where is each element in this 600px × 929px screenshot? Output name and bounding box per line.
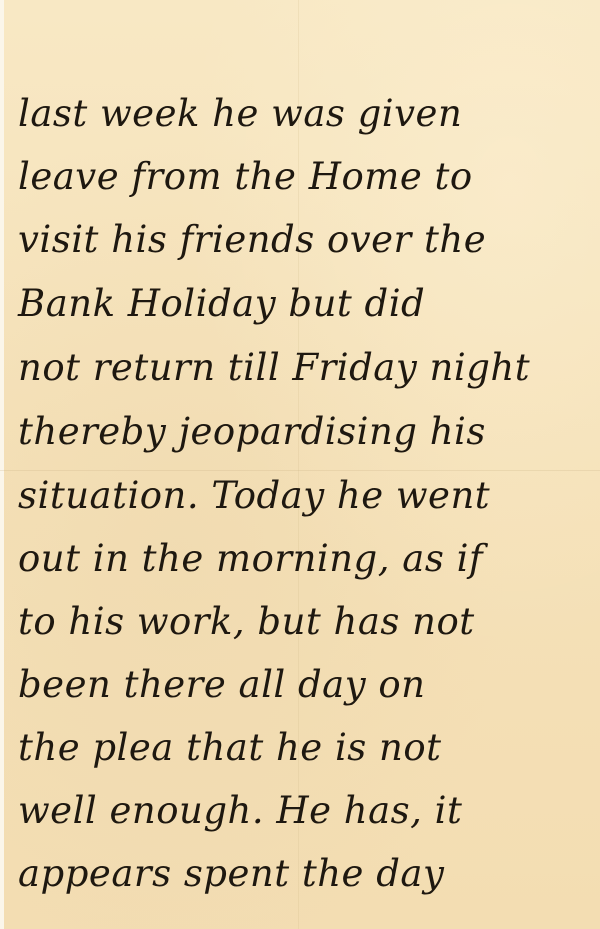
handwritten-line-6: thereby jeopardising his [18, 410, 486, 453]
letter-page: last week he was given leave from the Ho… [0, 0, 600, 929]
handwritten-line-1: last week he was given [18, 92, 462, 135]
paper-fold-horizontal [0, 470, 600, 471]
handwritten-line-5: not return till Friday night [18, 346, 530, 389]
paper-edge [0, 0, 4, 929]
handwritten-line-12: well enough. He has, it [18, 789, 462, 832]
handwritten-line-7: situation. Today he went [18, 474, 490, 517]
handwritten-line-11: the plea that he is not [18, 726, 442, 769]
handwritten-line-3: visit his friends over the [18, 218, 486, 261]
handwritten-line-10: been there all day on [18, 663, 426, 706]
handwritten-line-8: out in the morning, as if [18, 537, 483, 580]
handwritten-line-4: Bank Holiday but did [18, 282, 425, 325]
handwritten-line-9: to his work, but has not [18, 600, 475, 643]
handwritten-line-2: leave from the Home to [18, 155, 473, 198]
handwritten-line-13: appears spent the day [18, 852, 444, 895]
